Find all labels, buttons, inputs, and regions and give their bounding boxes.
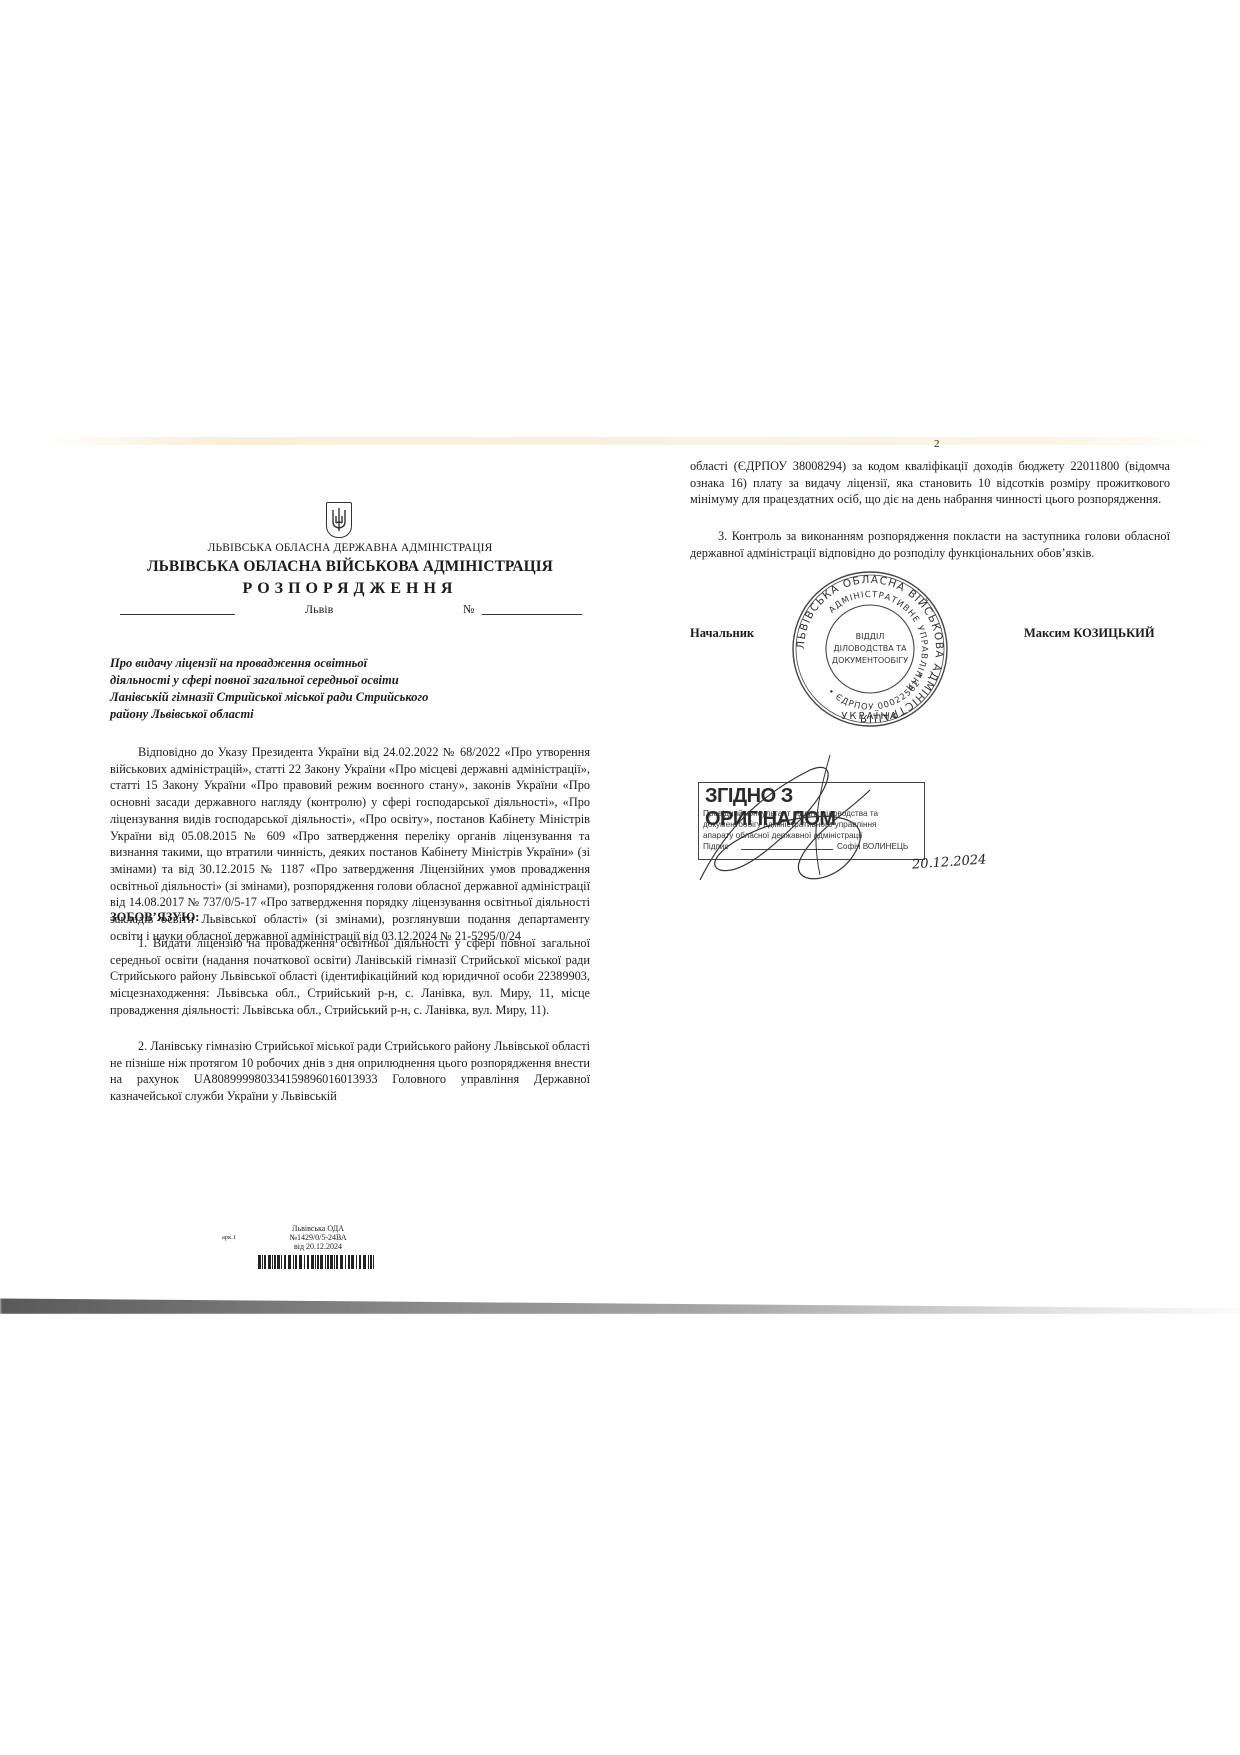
document-type-title: РОЗПОРЯДЖЕННЯ	[110, 580, 590, 598]
certified-copy-stamp: ЗГІДНО З ОРИГІНАЛОМ Провідний консультан…	[698, 782, 925, 860]
svg-text:ДОКУМЕНТООБІГУ: ДОКУМЕНТООБІГУ	[832, 656, 908, 665]
page-number: 2	[934, 438, 940, 450]
coat-of-arms-trident-icon	[326, 502, 352, 538]
signer-position: Начальник	[690, 626, 754, 641]
registration-number: №1429/0/5-24ВА	[258, 1233, 378, 1242]
item-2-text: 2. Ланівську гімназію Стрийської міської…	[110, 1038, 590, 1105]
svg-text:ДІЛОВОДСТВА ТА: ДІЛОВОДСТВА ТА	[833, 644, 907, 653]
document-subject: Про видачу ліцензії на провадження освіт…	[110, 655, 430, 723]
city-label: Львів	[305, 602, 333, 617]
certify-signer: Софія ВОЛИНЕЦЬ	[837, 842, 908, 851]
certify-sign-line	[741, 849, 833, 850]
item-3-text: 3. Контроль за виконанням розпорядження …	[690, 528, 1170, 561]
registration-date: від 20.12.2024	[258, 1242, 378, 1251]
date-blank-line	[120, 614, 235, 615]
number-label: №	[463, 602, 474, 617]
certify-sign-label: Підпис	[703, 842, 729, 851]
item-2-continued: області (ЄДРПОУ 38008294) за кодом квалі…	[690, 458, 1170, 508]
decree-item-1: 1. Видати ліцензію на провадження освітн…	[110, 935, 590, 1019]
signer-name: Максим КОЗИЦЬКИЙ	[1024, 626, 1155, 641]
number-blank-line	[482, 614, 582, 615]
certify-line-3: апарату обласної державної адміністрації	[703, 831, 862, 840]
item-1-text: 1. Видати ліцензію на провадження освітн…	[110, 935, 590, 1019]
item-2-continued-text: області (ЄДРПОУ 38008294) за кодом квалі…	[690, 458, 1170, 508]
decree-word: ЗОБОВ’ЯЗУЮ:	[110, 910, 199, 925]
military-admin-header: ЛЬВІВСЬКА ОБЛАСНА ВІЙСЬКОВА АДМІНІСТРАЦІ…	[110, 558, 590, 576]
scan-bottom-edge	[0, 1293, 1240, 1315]
certify-line-2: документообігу адміністративного управлі…	[703, 820, 876, 829]
registration-stamp: Львівська ОДА №1429/0/5-24ВА від 20.12.2…	[258, 1224, 378, 1251]
svg-text:ВІДДІЛ: ВІДДІЛ	[856, 632, 885, 641]
decree-item-3: 3. Контроль за виконанням розпорядження …	[690, 528, 1170, 561]
barcode-icon	[258, 1255, 374, 1269]
svg-text:УКРАЇНА: УКРАЇНА	[841, 709, 898, 722]
registration-org: Львівська ОДА	[258, 1224, 378, 1233]
official-seal-icon: ЛЬВІВСЬКА ОБЛАСНА ВІЙСЬКОВА АДМІНІСТРАЦІ…	[790, 569, 950, 729]
decree-item-2: 2. Ланівську гімназію Стрийської міської…	[110, 1038, 590, 1105]
state-admin-header: ЛЬВІВСЬКА ОБЛАСНА ДЕРЖАВНА АДМІНІСТРАЦІЯ	[110, 542, 590, 554]
certify-line-1: Провідний консультант відділу діловодств…	[703, 809, 878, 818]
copy-mark: арк.1	[222, 1234, 236, 1241]
scan-top-edge	[40, 437, 1220, 445]
